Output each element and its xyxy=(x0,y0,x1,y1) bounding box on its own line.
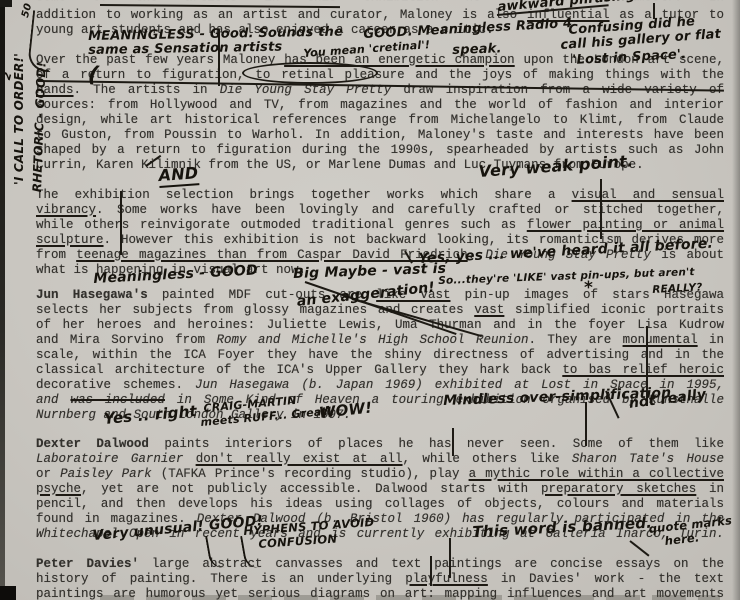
typed-segment: and xyxy=(36,393,70,407)
typed-segment: preparatory sketches xyxy=(541,482,696,496)
typed-segment: playfulness xyxy=(405,572,488,586)
typed-segment: pencil, and then develops his ideas usin… xyxy=(36,497,724,511)
typed-segment: psyche xyxy=(36,482,81,496)
pen-mark xyxy=(629,540,649,556)
typed-segment: vibrancy xyxy=(36,203,96,217)
typed-segment: in xyxy=(696,482,724,496)
typed-segment: Laboratoire Garnier xyxy=(36,452,183,466)
typed-line: or Paisley Park (TAFKA Prince's recordin… xyxy=(36,467,724,482)
pen-mark xyxy=(120,191,122,255)
typed-segment: design, while art historical references … xyxy=(36,113,724,127)
typed-segment: of a return to figuration, to retinal pl… xyxy=(36,68,724,82)
typed-line: history of painting. There is an underly… xyxy=(36,572,724,587)
typed-line: The exhibition selection brings together… xyxy=(36,188,724,203)
typed-line: psyche, yet are not publicly accessible.… xyxy=(36,482,724,497)
typed-segment: while others reinvigorate outmoded tradi… xyxy=(36,218,527,232)
pen-mark xyxy=(600,179,602,239)
typed-segment: to Guston, from Poussin to Warhol. In ad… xyxy=(36,128,724,142)
typed-line: design, while art historical references … xyxy=(36,113,724,128)
typed-segment: . They are xyxy=(528,333,622,347)
pen-mark xyxy=(242,62,378,84)
typed-segment: vast xyxy=(474,303,504,317)
typed-line: of her heroes and heroines: Juliette Lew… xyxy=(36,318,724,333)
scanned-document-photo: { "document_title": "Die Young Stay Pret… xyxy=(0,0,740,600)
typed-segment: paints interiors of places he has never … xyxy=(149,437,724,451)
typed-line: pencil, and then develops his ideas usin… xyxy=(36,497,724,512)
typed-segment: scale, within the ICA Foyer they have th… xyxy=(36,348,724,362)
pen-mark xyxy=(449,538,451,578)
typed-line: sources: from Hollywood and TV, from mag… xyxy=(36,98,724,113)
typed-segment: , while others like xyxy=(403,452,572,466)
typed-segment: Jun Hasegawa's xyxy=(36,288,148,302)
photo-edge-left xyxy=(0,0,5,600)
handwritten-note-i-call-to-order: 'I CALL TO ORDER!' xyxy=(12,53,26,185)
pen-mark xyxy=(430,556,432,586)
handwritten-note-hand-asterisk: * xyxy=(584,278,593,298)
typed-segment: sculpture xyxy=(36,233,104,247)
typed-segment: and Mira Sorvino from xyxy=(36,333,217,347)
typed-paragraph: Peter Davies' large abstract canvasses a… xyxy=(36,557,724,600)
typed-segment: in Davies' work - the text xyxy=(488,572,724,586)
typed-segment: don't really exist at all xyxy=(196,452,403,466)
typed-segment: . Some works have been lovingly and care… xyxy=(96,203,724,217)
typed-segment: of her heroes and heroines: Juliette Lew… xyxy=(36,318,724,332)
typed-segment: Peter Davies' xyxy=(36,557,139,571)
photo-edge-right xyxy=(732,0,740,600)
typed-line: Dexter Dalwood paints interiors of place… xyxy=(36,437,724,452)
pen-mark xyxy=(585,402,587,446)
typed-segment: sources: from Hollywood and TV, from mag… xyxy=(36,98,724,112)
typed-segment: to bas relief heroic xyxy=(562,363,724,377)
typed-segment: in xyxy=(698,333,724,347)
handwritten-note-radio4-speak-2: speak. xyxy=(452,41,502,58)
typed-segment: from xyxy=(36,248,76,262)
typed-segment: (TAFKA Prince's recording studio), play xyxy=(152,467,469,481)
typed-segment: classical architecture of the ICA's Uppe… xyxy=(36,363,562,377)
typed-segment: a mythic role within a collective xyxy=(469,467,724,481)
typed-segment: Paisley Park xyxy=(60,467,152,481)
typed-segment: visual and sensual xyxy=(572,188,724,202)
typed-line: while others reinvigorate outmoded tradi… xyxy=(36,218,724,233)
typed-segment: history of painting. There is an underly… xyxy=(36,572,405,586)
clipped-bottom-line xyxy=(100,595,720,600)
typed-segment: addition to working as an artist and cur… xyxy=(36,8,527,22)
handwritten-note-quote-marks-2: here. xyxy=(664,530,700,548)
typed-segment: The exhibition selection brings together… xyxy=(36,188,572,202)
typed-segment: flower painting or animal xyxy=(527,218,724,232)
typed-segment: , yet are not publicly accessible. Dalwo… xyxy=(81,482,541,496)
typed-line: classical architecture of the ICA's Uppe… xyxy=(36,363,724,378)
typed-segment: monumental xyxy=(623,333,698,347)
typed-line: vibrancy. Some works have been lovingly … xyxy=(36,203,724,218)
typed-line: Laboratoire Garnier don't really exist a… xyxy=(36,452,724,467)
typed-segment xyxy=(183,452,195,466)
typed-segment: Sharon Tate's House xyxy=(572,452,724,466)
photo-edge-bottom-left xyxy=(0,586,16,600)
typed-segment: decorative schemes. xyxy=(36,378,195,392)
typed-line: scale, within the ICA Foyer they have th… xyxy=(36,348,724,363)
typed-segment: simplified iconic portraits xyxy=(504,303,724,317)
handwritten-note-and-insert: AND xyxy=(158,163,199,188)
typed-line: Peter Davies' large abstract canvasses a… xyxy=(36,557,724,572)
typed-line: to Guston, from Poussin to Warhol. In ad… xyxy=(36,128,724,143)
document-page: Some of the artists in this exhibition h… xyxy=(0,0,740,600)
typed-segment: Dexter Dalwood xyxy=(36,437,149,451)
photo-edge-top-left xyxy=(0,0,12,7)
typed-segment: or xyxy=(36,467,60,481)
typed-line: and Mira Sorvino from Romy and Michelle'… xyxy=(36,333,724,348)
pen-mark xyxy=(452,428,454,456)
